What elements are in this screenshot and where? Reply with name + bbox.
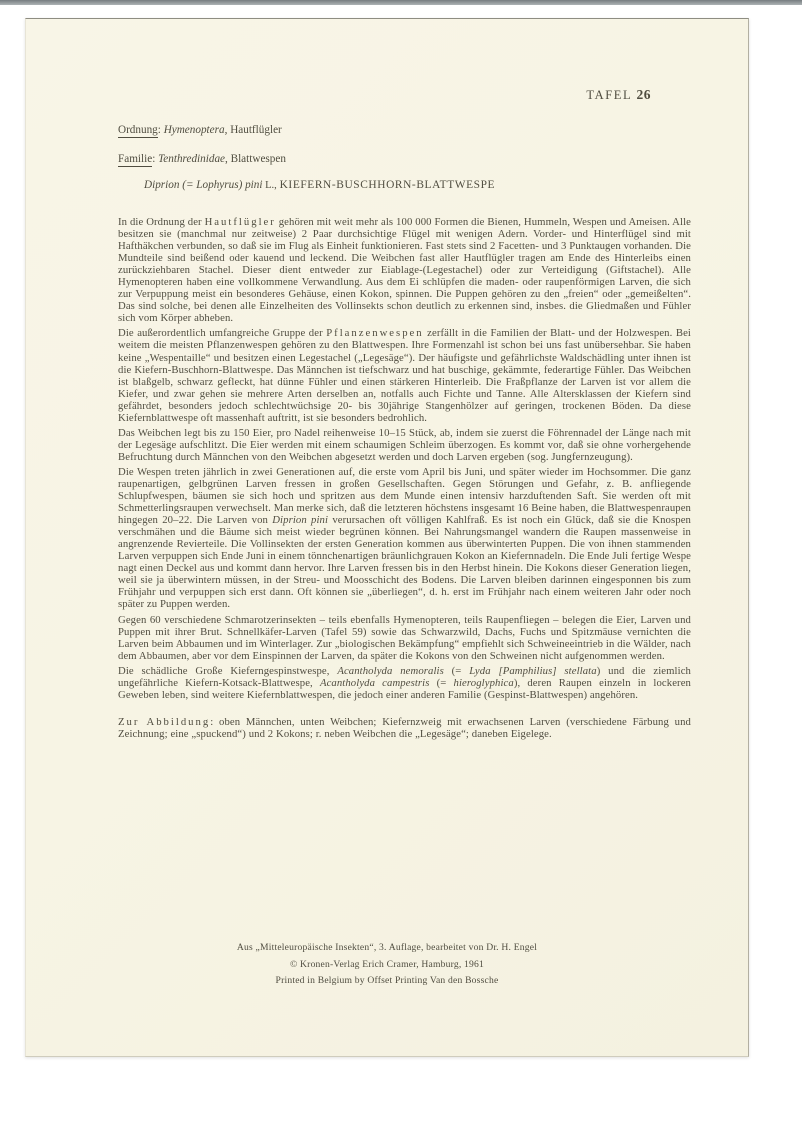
order-label: Ordnung xyxy=(118,124,158,138)
imprint-footer: Aus „Mitteleuropäische Insekten“, 3. Auf… xyxy=(26,940,748,990)
imprint-source-line: Aus „Mitteleuropäische Insekten“, 3. Auf… xyxy=(26,940,748,957)
species-latin-name: Diprion (= Lophyrus) pini xyxy=(144,179,263,191)
text-segment: verursachen oft völligen Kahlfraß. Es is… xyxy=(118,514,691,610)
species-common-name: KIEFERN-BUSCHHORN-BLATTWESPE xyxy=(280,179,496,191)
plate-number: 26 xyxy=(637,87,652,102)
plate-label: TAFEL 26 xyxy=(118,87,691,103)
text-segment: Die schädliche Große Kieferngespinstwesp… xyxy=(118,665,337,677)
imprint-printer-line: Printed in Belgium by Offset Printing Va… xyxy=(26,973,748,990)
text-segment: (= xyxy=(444,665,469,677)
species-title-line: Diprion (= Lophyrus) pini L., KIEFERN-BU… xyxy=(118,179,691,191)
body-paragraph: Zur Abbildung: oben Männchen, unten Weib… xyxy=(118,716,691,740)
text-segment: Das Weibchen legt bis zu 150 Eier, pro N… xyxy=(118,427,691,463)
body-text: In die Ordnung der Hautflügler gehören m… xyxy=(118,216,691,740)
order-latin-name: Hymenoptera xyxy=(164,124,225,136)
text-segment: Die außerordentlich umfangreiche Gruppe … xyxy=(118,327,326,339)
order-common-name: Hautflügler xyxy=(230,124,282,136)
family-latin-name: Tenthredinidae xyxy=(158,153,225,165)
species-author: L., xyxy=(263,180,277,191)
body-paragraph: Die außerordentlich umfangreiche Gruppe … xyxy=(118,327,691,423)
family-label: Familie xyxy=(118,153,152,167)
body-paragraph: Gegen 60 verschiedene Schmarotzerinsekte… xyxy=(118,614,691,662)
text-segment: Pflanzenwespen xyxy=(326,327,423,339)
body-paragraph: Die Wespen treten jährlich in zwei Gener… xyxy=(118,466,691,611)
text-segment: (= xyxy=(430,677,454,689)
body-paragraph: Die schädliche Große Kieferngespinstwesp… xyxy=(118,665,691,701)
taxonomy-order-line: Ordnung: Hymenoptera, Hautflügler xyxy=(118,124,691,136)
text-segment: Acantholyda nemoralis xyxy=(337,665,444,677)
family-common-name: Blattwespen xyxy=(231,153,286,165)
text-segment: Zur Abbildung xyxy=(118,716,210,728)
taxonomy-family-line: Familie: Tenthredinidae, Blattwespen xyxy=(118,153,691,165)
plate-word: TAFEL xyxy=(586,88,631,102)
text-segment: Diprion pini xyxy=(272,514,328,526)
text-segment: Lyda [Pamphilius] stellata xyxy=(469,665,597,677)
text-segment: gehören mit weit mehr als 100 000 Formen… xyxy=(118,216,691,324)
scan-canvas: { "colors":{ "paper":"#f7f4e4", "ink":"#… xyxy=(0,0,802,1134)
page-content: TAFEL 26 Ordnung: Hymenoptera, Hautflügl… xyxy=(26,19,748,740)
text-segment: zerfällt in die Familien der Blatt- und … xyxy=(118,327,691,423)
text-segment: Hautflügler xyxy=(205,216,276,228)
document-page: TAFEL 26 Ordnung: Hymenoptera, Hautflügl… xyxy=(25,18,749,1057)
body-paragraph: Das Weibchen legt bis zu 150 Eier, pro N… xyxy=(118,427,691,463)
text-segment: hieroglyphica xyxy=(454,677,514,689)
imprint-copyright-line: © Kronen-Verlag Erich Cramer, Hamburg, 1… xyxy=(26,957,748,974)
text-segment: In die Ordnung der xyxy=(118,216,205,228)
text-segment: Acantholyda campestris xyxy=(320,677,430,689)
text-segment: Gegen 60 verschiedene Schmarotzerinsekte… xyxy=(118,614,691,662)
body-paragraph: In die Ordnung der Hautflügler gehören m… xyxy=(118,216,691,324)
scanner-edge-strip xyxy=(0,0,802,5)
